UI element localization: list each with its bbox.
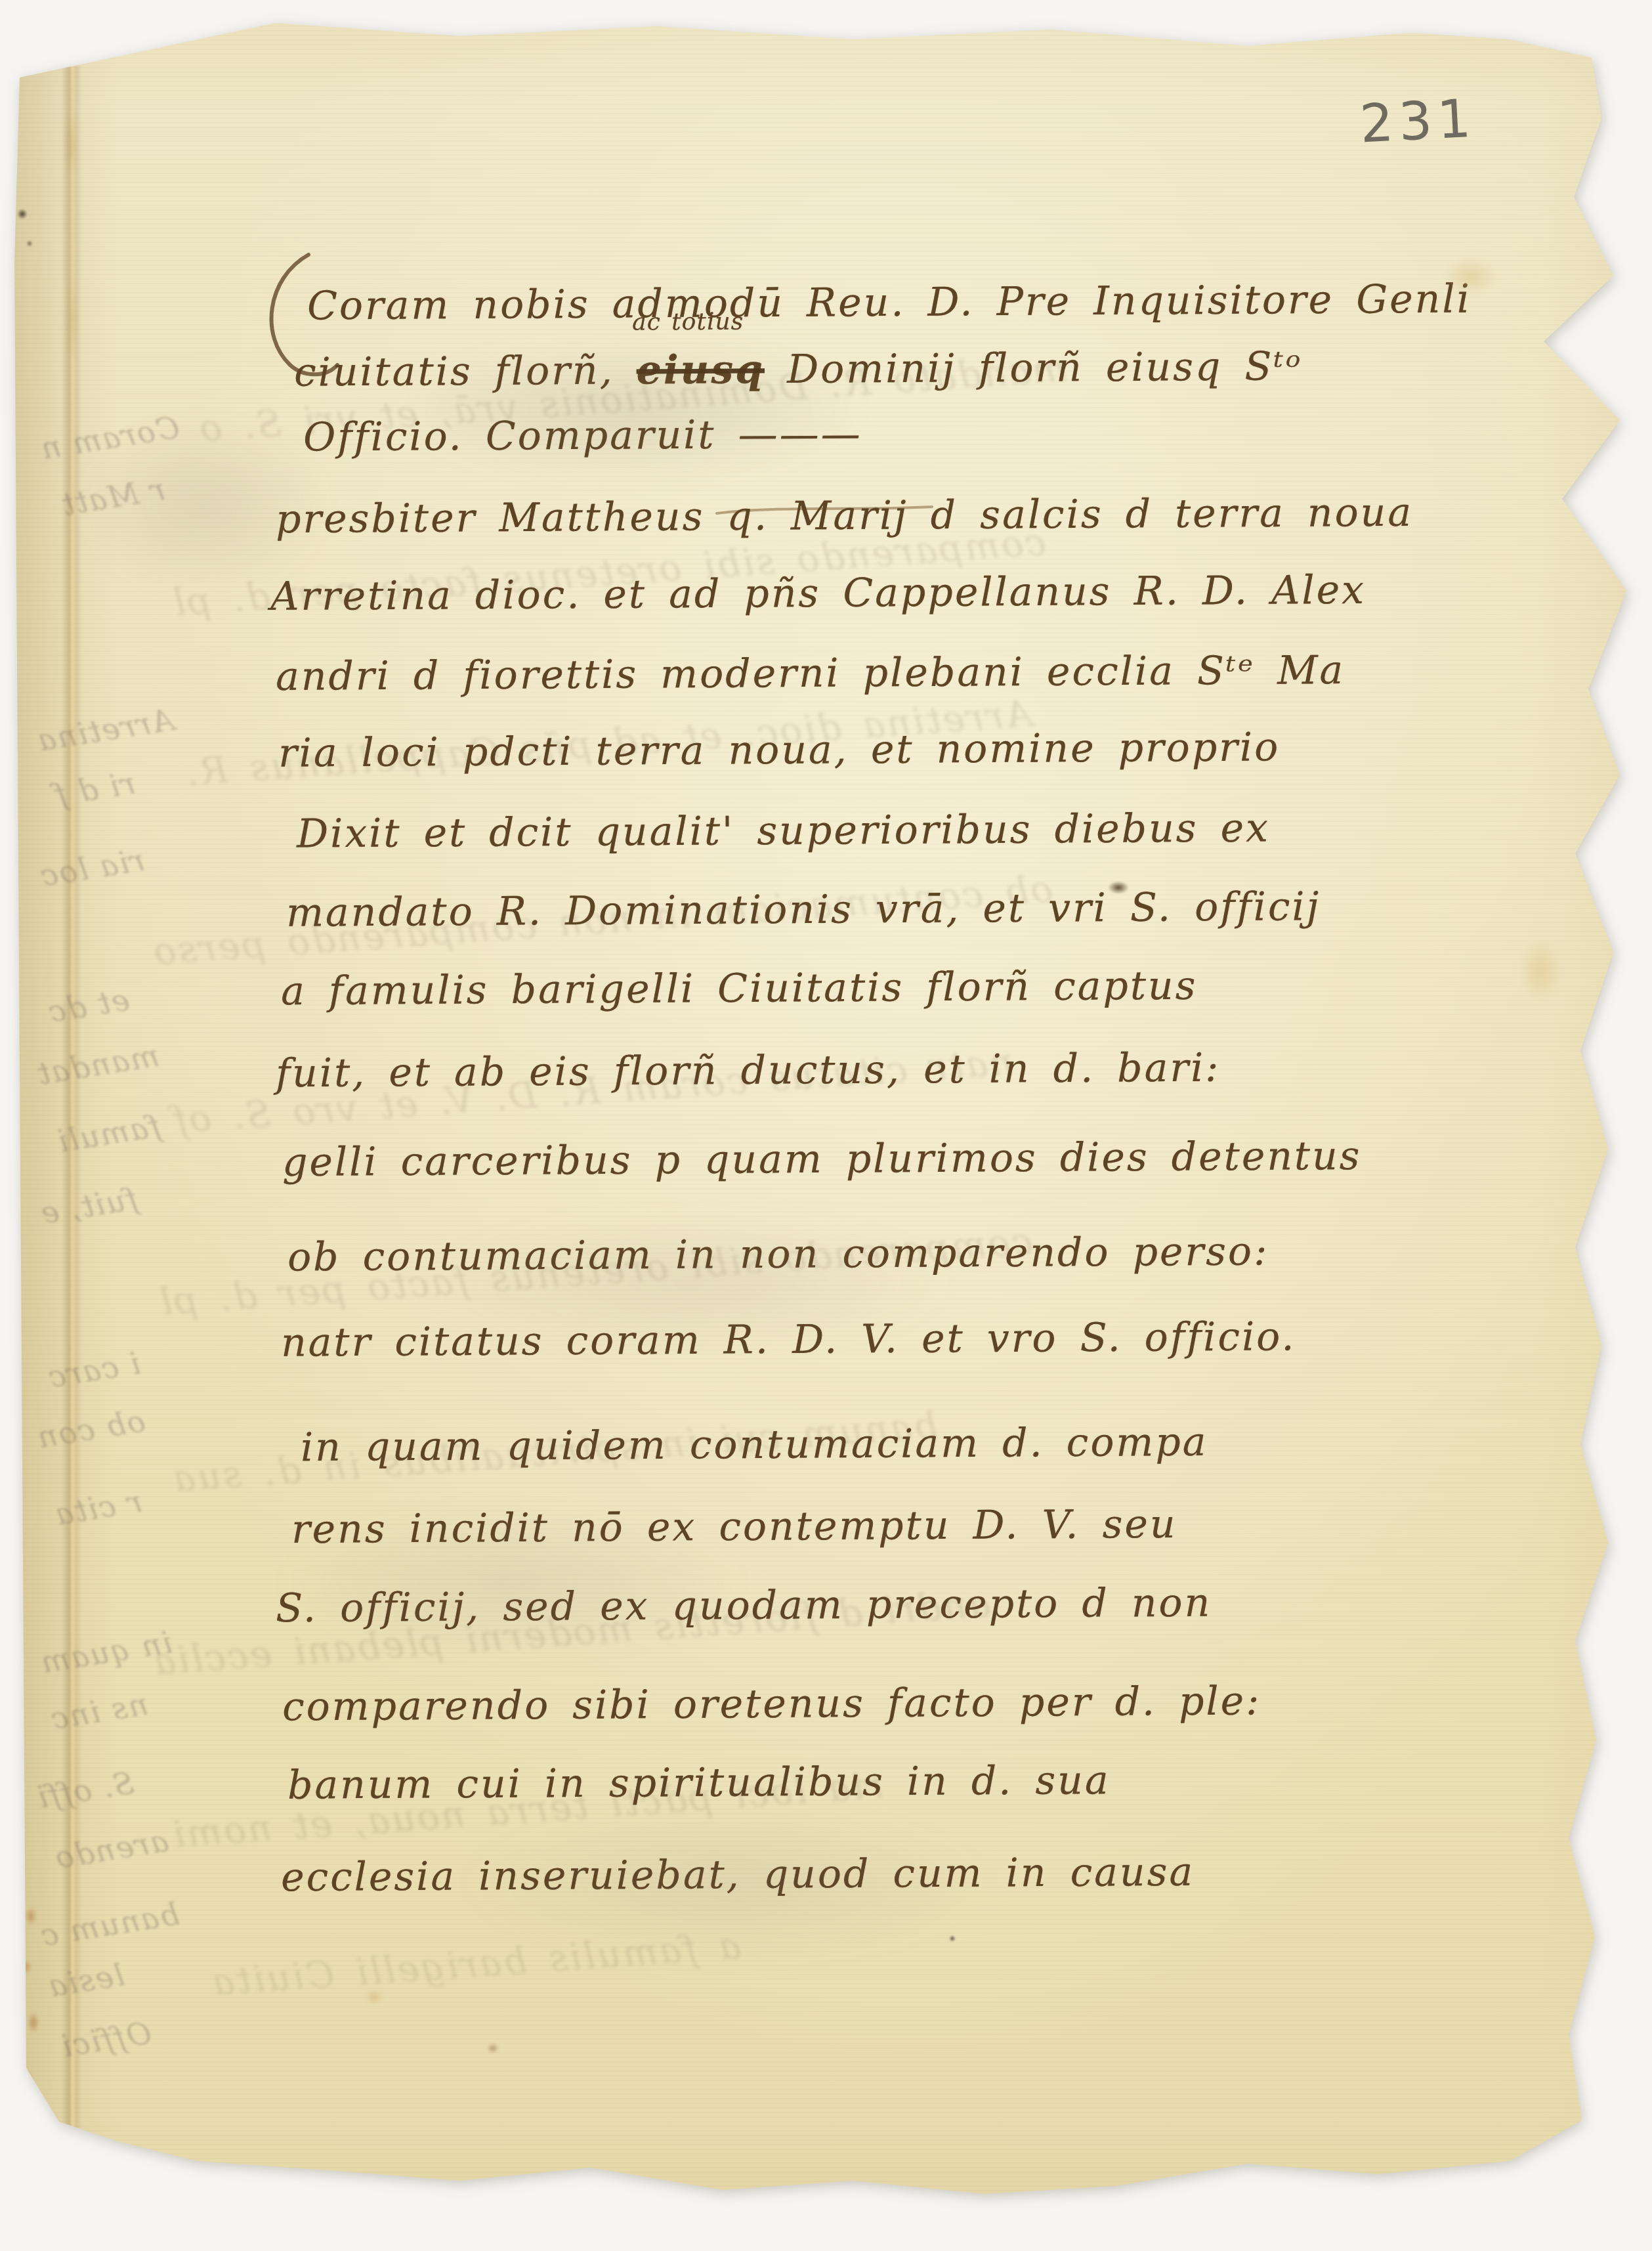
paper-stain <box>25 1907 37 1925</box>
paper-stain <box>1444 259 1496 293</box>
paper-stain <box>24 2071 33 2087</box>
paper-stain <box>28 2012 39 2033</box>
paper-shadow: mandato R. Dominationis vrā, et vri S. o… <box>0 0 1652 2251</box>
manuscript-page: mandato R. Dominationis vrā, et vri S. o… <box>0 0 1652 2251</box>
paper-stain <box>365 1989 383 2005</box>
paper-stain <box>22 1960 32 1974</box>
paper-stain <box>26 240 33 247</box>
paper-stain <box>394 341 866 479</box>
paper-stain <box>17 209 28 219</box>
paper-stain <box>276 1510 748 1654</box>
paper-stain <box>1519 939 1561 1002</box>
paper-stain <box>1108 881 1129 894</box>
paper-stain <box>79 420 328 591</box>
page-number-pencil: 231 <box>1359 87 1477 154</box>
paper-stain <box>420 1214 958 1352</box>
paper-stain <box>64 112 77 177</box>
paper-stain <box>67 276 77 361</box>
stains-layer <box>0 0 1652 2251</box>
paper-stain <box>29 2124 43 2147</box>
scan-background: mandato R. Dominationis vrā, et vri S. o… <box>0 0 1652 2251</box>
paper-stain <box>487 2043 499 2053</box>
paper-stain <box>949 1935 956 1942</box>
paper-stain <box>459 1812 998 1956</box>
